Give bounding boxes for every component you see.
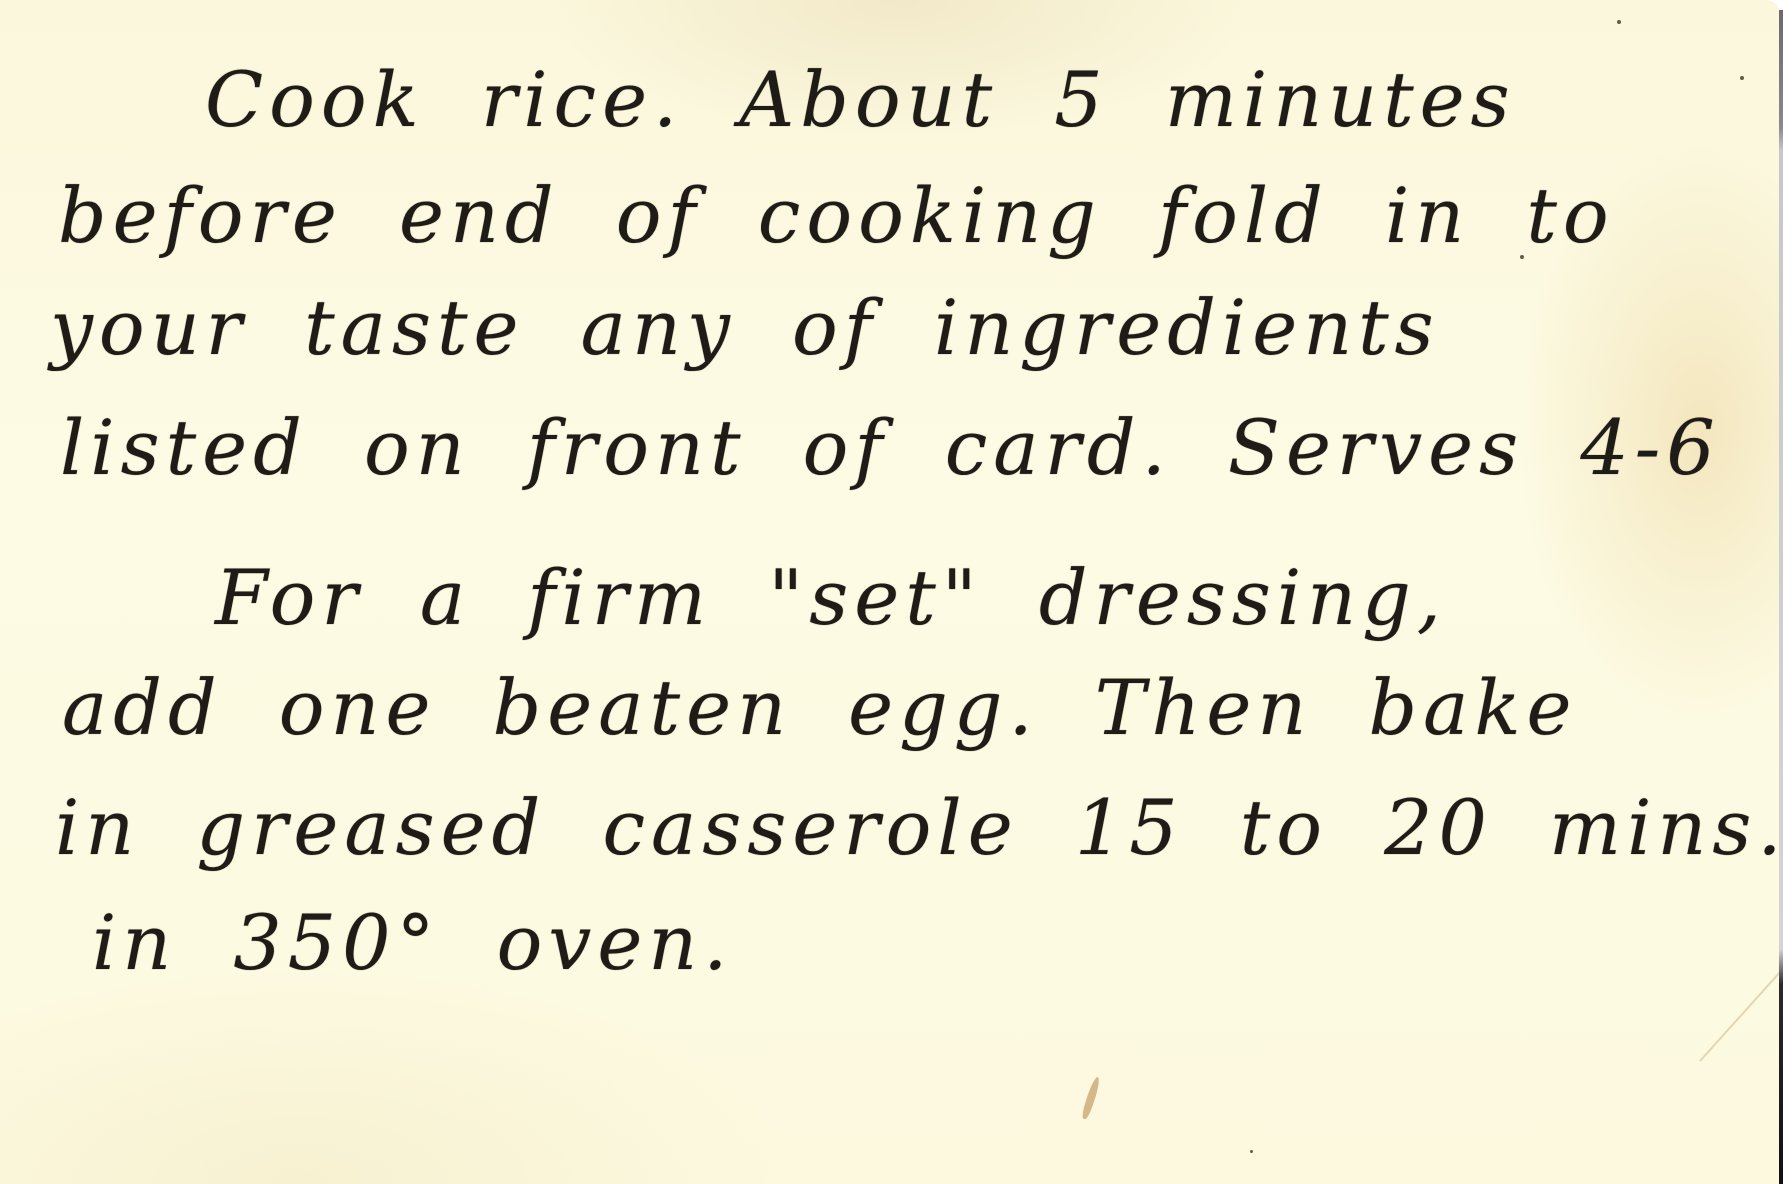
line-3: your taste any of ingredients — [50, 290, 1440, 366]
paper-speck — [1617, 20, 1621, 24]
paper-speck — [1740, 76, 1744, 80]
line-2: before end of cooking fold in to — [58, 178, 1615, 254]
line-8: in 350° oven. — [92, 905, 733, 981]
paper-speck — [1250, 1150, 1253, 1153]
corner-crease — [1699, 971, 1780, 1062]
line-7: in greased casserole 15 to 20 mins. — [55, 790, 1780, 866]
line-6: add one beaten egg. Then bake — [62, 670, 1577, 746]
line-4: listed on front of card. Serves 4-6 — [60, 410, 1721, 486]
paper-speck — [1520, 255, 1524, 259]
paper-stain — [1080, 1076, 1101, 1120]
line-5: For a firm "set" dressing, — [215, 560, 1447, 636]
line-1: Cook rice. About 5 minutes — [205, 62, 1516, 138]
recipe-card: Cook rice. About 5 minutes before end of… — [0, 0, 1780, 1184]
scan-background — [1783, 0, 1792, 1184]
